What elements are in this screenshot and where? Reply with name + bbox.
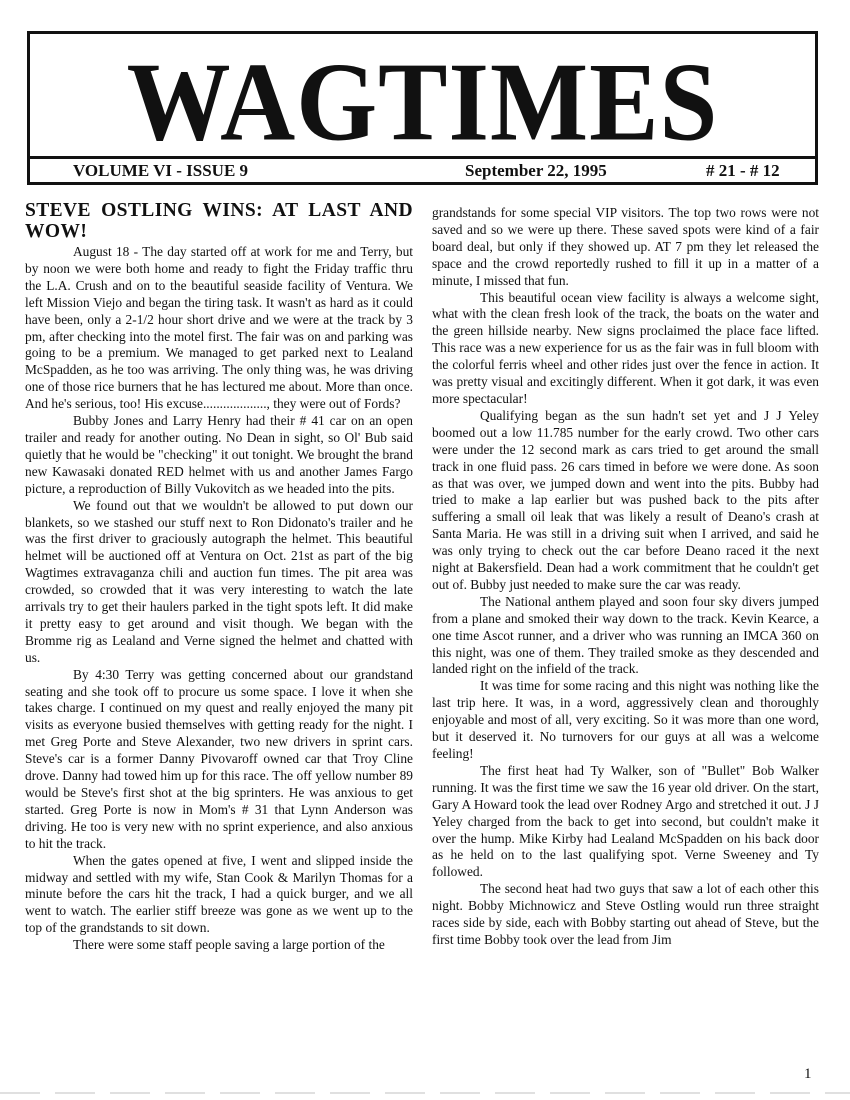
paragraph: It was time for some racing and this nig… [432, 678, 819, 763]
paragraph: grandstands for some special VIP visitor… [432, 205, 819, 290]
paragraph: August 18 - The day started off at work … [25, 244, 413, 413]
issue-info-bar: VOLUME VI - ISSUE 9 September 22, 1995 #… [30, 156, 815, 182]
paragraph: There were some staff people saving a la… [25, 937, 413, 954]
issue-date: September 22, 1995 [465, 160, 607, 182]
article-headline: STEVE OSTLING WINS: AT LAST AND WOW! [25, 200, 413, 242]
volume-issue: VOLUME VI - ISSUE 9 [73, 160, 248, 182]
article-column-left: STEVE OSTLING WINS: AT LAST AND WOW! Aug… [25, 200, 413, 954]
newsletter-title: WAGTIMES [30, 44, 815, 163]
paragraph: The second heat had two guys that saw a … [432, 881, 819, 949]
article-column-right: grandstands for some special VIP visitor… [432, 205, 819, 949]
paragraph: We found out that we wouldn't be allowed… [25, 498, 413, 667]
page-number: 1 [804, 1066, 812, 1083]
masthead: WAGTIMES VOLUME VI - ISSUE 9 September 2… [27, 31, 818, 185]
paragraph: By 4:30 Terry was getting concerned abou… [25, 667, 413, 853]
paragraph: When the gates opened at five, I went an… [25, 853, 413, 938]
paragraph: Qualifying began as the sun hadn't set y… [432, 408, 819, 594]
issue-numbers: # 21 - # 12 [706, 160, 780, 182]
paragraph: Bubby Jones and Larry Henry had their # … [25, 413, 413, 498]
scan-edge-divider [0, 1092, 850, 1094]
paragraph: The National anthem played and soon four… [432, 594, 819, 679]
paragraph: The first heat had Ty Walker, son of "Bu… [432, 763, 819, 881]
paragraph: This beautiful ocean view facility is al… [432, 290, 819, 408]
